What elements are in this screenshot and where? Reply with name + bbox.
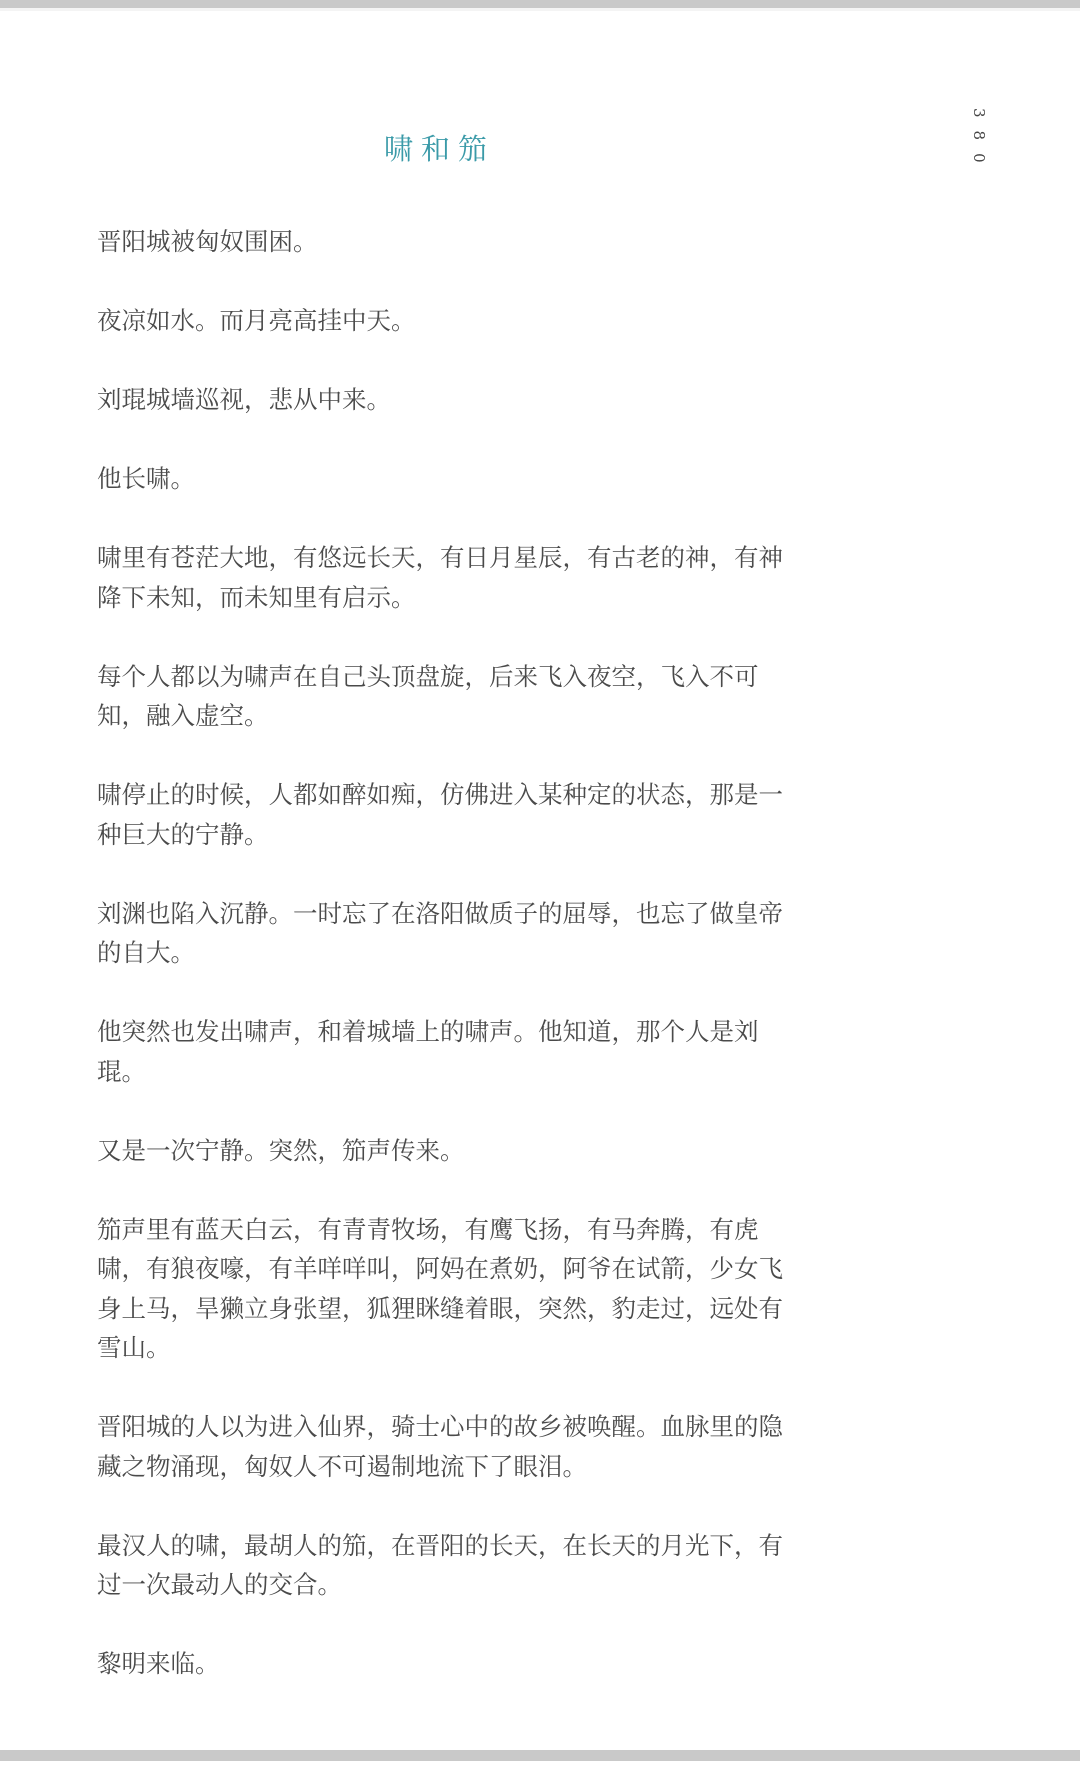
chapter-title: 啸和笳 <box>384 131 496 167</box>
paragraph: 他长啸。 <box>97 459 797 499</box>
paragraph: 刘渊也陷入沉静。一时忘了在洛阳做质子的屈辱，也忘了做皇帝的自大。 <box>97 894 797 973</box>
bottom-edge-bar <box>0 1750 1080 1761</box>
paragraph: 黎明来临。 <box>97 1644 797 1684</box>
paragraph: 晋阳城的人以为进入仙界，骑士心中的故乡被唤醒。血脉里的隐藏之物涌现，匈奴人不可遏… <box>97 1407 797 1486</box>
paragraph: 笳声里有蓝天白云，有青青牧场，有鹰飞扬，有马奔腾，有虎啸，有狼夜嚎，有羊咩咩叫，… <box>97 1210 797 1368</box>
paragraph: 最汉人的啸，最胡人的笳，在晋阳的长天，在长天的月光下，有过一次最动人的交合。 <box>97 1526 797 1605</box>
paragraph: 夜凉如水。而月亮高挂中天。 <box>97 301 797 341</box>
page-number: 380 <box>970 108 988 176</box>
paragraph: 又是一次宁静。突然，笳声传来。 <box>97 1131 797 1171</box>
paragraph: 晋阳城被匈奴围困。 <box>97 222 797 262</box>
top-edge-shadow <box>0 8 1080 11</box>
paragraph: 每个人都以为啸声在自己头顶盘旋，后来飞入夜空，飞入不可知，融入虚空。 <box>97 657 797 736</box>
paragraph: 刘琨城墙巡视，悲从中来。 <box>97 380 797 420</box>
paragraph: 他突然也发出啸声，和着城墙上的啸声。他知道，那个人是刘琨。 <box>97 1012 797 1091</box>
paragraph: 啸里有苍茫大地，有悠远长天，有日月星辰，有古老的神，有神降下未知，而未知里有启示… <box>97 538 797 617</box>
article-body: 晋阳城被匈奴围困。 夜凉如水。而月亮高挂中天。 刘琨城墙巡视，悲从中来。 他长啸… <box>97 222 797 1723</box>
paragraph: 啸停止的时候，人都如醉如痴，仿佛进入某种定的状态，那是一种巨大的宁静。 <box>97 775 797 854</box>
top-edge-bar <box>0 0 1080 8</box>
